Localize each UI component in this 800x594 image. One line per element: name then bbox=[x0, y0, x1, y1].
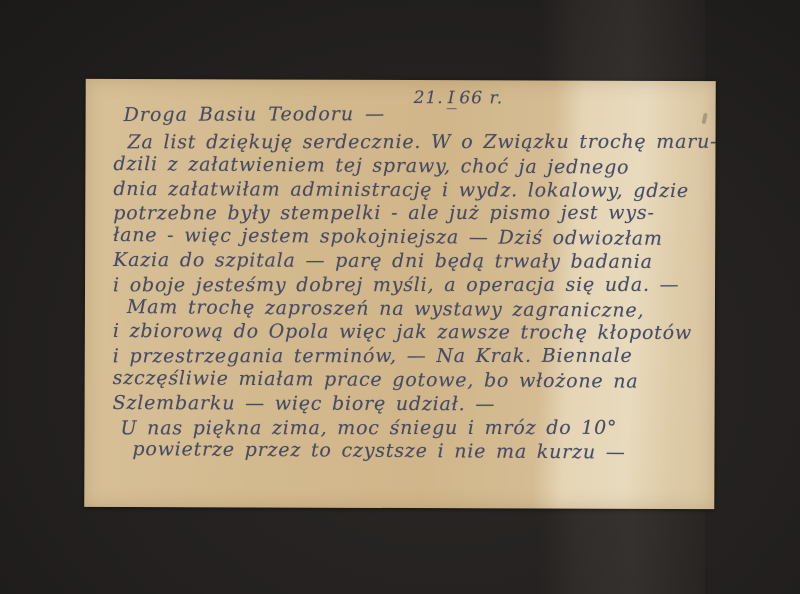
letter-line: Za list dziękuję serdecznie. W o Związku… bbox=[128, 131, 706, 155]
letter-date: 21.I66 r. bbox=[414, 88, 504, 108]
letter-line: i zbiorową do Opola więc jak zawsze troc… bbox=[113, 320, 705, 346]
letter-paper: 21.I66 r. Droga Basiu Teodoru — Za list … bbox=[84, 79, 715, 509]
letter-line: i oboje jesteśmy dobrej myśli, a operacj… bbox=[113, 274, 705, 298]
date-year: 66 r. bbox=[459, 88, 503, 108]
date-day: 21. bbox=[414, 88, 444, 108]
letter-line: Szlembarku — więc biorę udział. — bbox=[113, 392, 705, 418]
letter-line: dnia załatwiłam administrację i wydz. lo… bbox=[113, 178, 705, 204]
letter-line: łane - więc jestem spokojniejsza — Dziś … bbox=[113, 224, 705, 252]
smudge-mark bbox=[701, 113, 707, 125]
letter-line: powietrze przez to czystsze i nie ma kur… bbox=[132, 438, 704, 466]
letter-line: i przestrzegania terminów, — Na Krak. Bi… bbox=[113, 345, 705, 369]
letter-line: U nas piękna zima, moc śniegu i mróz do … bbox=[121, 416, 705, 440]
letter-line: potrzebne były stempelki - ale już pismo… bbox=[113, 202, 705, 226]
date-month: I bbox=[447, 88, 457, 109]
salutation: Droga Basiu Teodoru — bbox=[124, 103, 386, 126]
letter-line: szczęśliwie miałam prace gotowe, bo włoż… bbox=[113, 367, 705, 395]
letter-line: Mam trochę zaproszeń na wystawy zagranic… bbox=[127, 296, 705, 324]
photo-of-letter: 21.I66 r. Droga Basiu Teodoru — Za list … bbox=[0, 0, 800, 594]
letter-body: Za list dziękuję serdecznie. W o Związku… bbox=[112, 130, 705, 465]
letter-line: Kazia do szpitala — parę dni będą trwały… bbox=[113, 249, 705, 275]
letter-line: dzili z załatwieniem tej sprawy, choć ja… bbox=[113, 153, 705, 181]
